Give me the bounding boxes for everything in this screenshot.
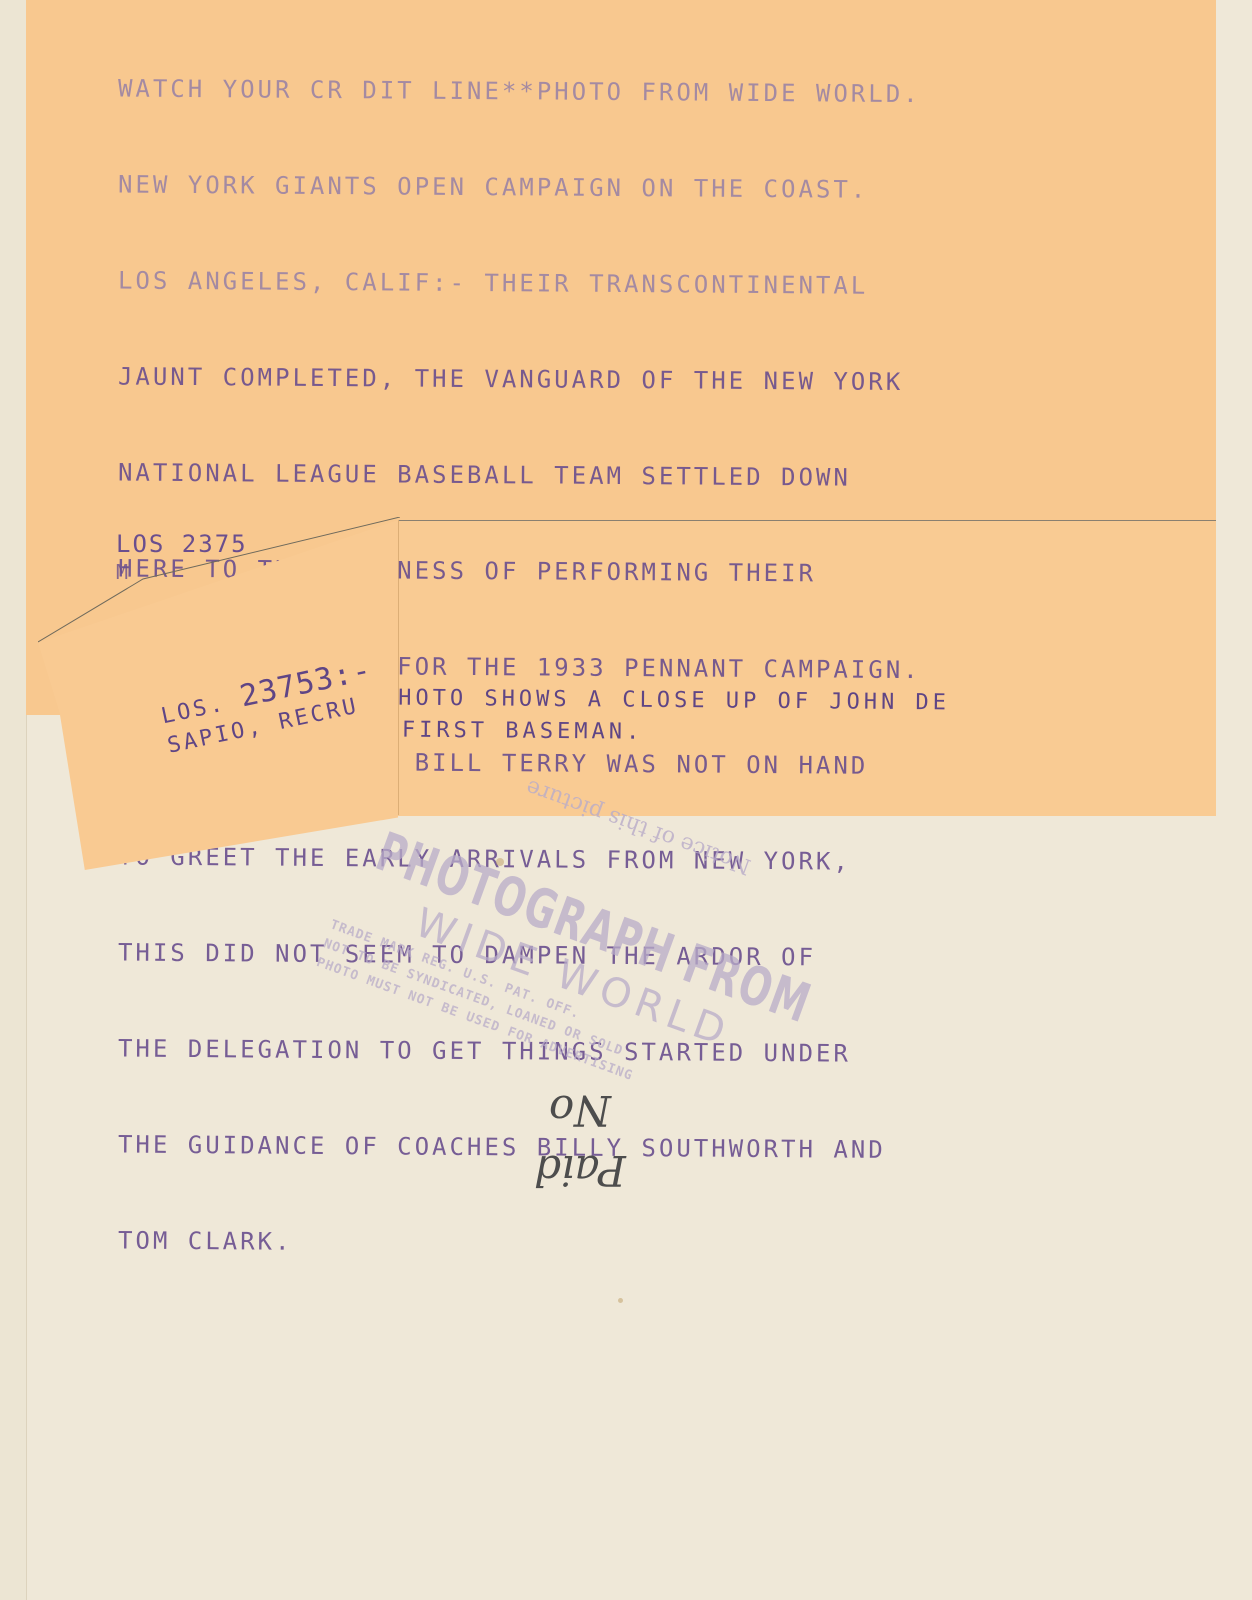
caption-line: LOS ANGELES, CALIF:- THEIR TRANSCONTINEN… — [118, 265, 1118, 304]
stain-mark — [496, 858, 504, 866]
caption-line: WATCH YOUR CR DIT LINE**PHOTO FROM WIDE … — [118, 73, 1118, 112]
caption-line: TOM CLARK. — [118, 1225, 1118, 1264]
stain-mark — [618, 1298, 623, 1303]
photo-description: HOTO SHOWS A CLOSE UP OF JOHN DE FIRST B… — [398, 683, 950, 752]
reference-number-partial: LOS 2375 — [116, 530, 248, 558]
backing-left-edge — [0, 0, 27, 1600]
caption-line: TO GREET THE EARLY ARRIVALS FROM NEW YOR… — [118, 841, 1118, 880]
pencil-note-line: Paid — [525, 1140, 635, 1200]
reference-partial-letter: M — [116, 560, 128, 584]
pencil-note-inverted: Paid No — [525, 1080, 635, 1200]
caption-line: NATIONAL LEAGUE BASEBALL TEAM SETTLED DO… — [118, 457, 1118, 496]
pencil-note-line: No — [525, 1080, 635, 1140]
photo-description-line: HOTO SHOWS A CLOSE UP OF JOHN DE — [398, 686, 950, 716]
caption-line: NEW YORK GIANTS OPEN CAMPAIGN ON THE COA… — [118, 169, 1118, 208]
caption-line: JAUNT COMPLETED, THE VANGUARD OF THE NEW… — [118, 361, 1118, 400]
caption-line: THIS DID NOT SEEM TO DAMPEN THE ARDOR OF — [118, 937, 1118, 976]
photo-description-line: FIRST BASEMAN. — [398, 718, 644, 745]
caption-line: THE DELEGATION TO GET THINGS STARTED UND… — [118, 1033, 1118, 1072]
